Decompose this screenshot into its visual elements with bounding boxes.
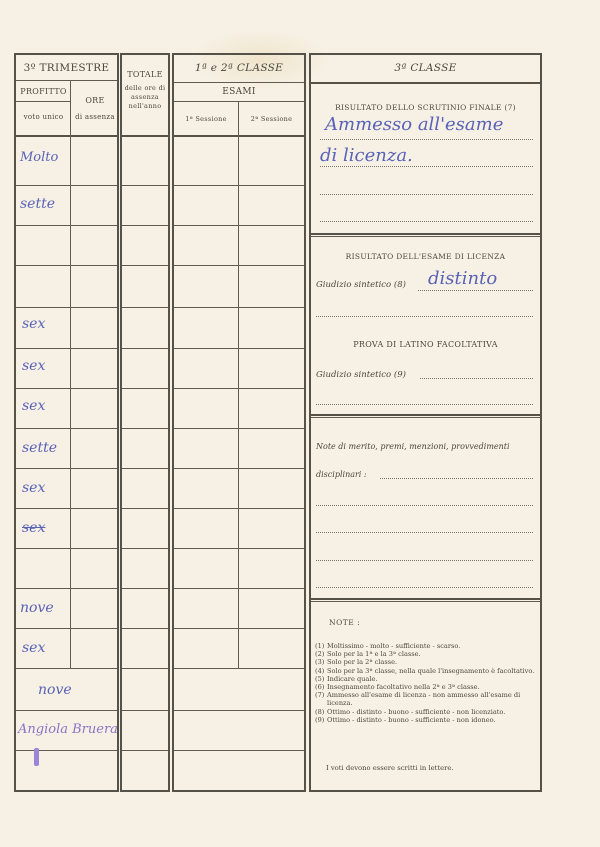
totale-subheader: delle ore di assenza nell'anno xyxy=(124,84,166,111)
divider xyxy=(311,417,540,418)
footnote-item: (6)Insegnamento facoltativo nella 2ª e 3… xyxy=(315,683,535,691)
row-divider xyxy=(16,710,117,711)
grade-row-5: sex xyxy=(22,316,45,332)
fill-line xyxy=(316,316,533,317)
row-divider xyxy=(122,468,168,469)
fill-line xyxy=(316,587,533,588)
esame-licenza-title: RISULTATO DELL'ESAME DI LICENZA xyxy=(309,252,542,261)
row-divider xyxy=(16,628,117,629)
giudizio-label: Giudizio sintetico (8) xyxy=(316,280,406,290)
row-divider xyxy=(174,750,304,751)
grade-row-13: sex xyxy=(22,640,45,656)
row-divider xyxy=(174,710,304,711)
fill-line xyxy=(320,194,533,195)
sessione2-header: 2ª Sessione xyxy=(239,115,304,123)
fill-line xyxy=(316,560,533,561)
scrutinio-value-line1: Ammesso all'esame xyxy=(325,114,503,135)
footnote-item: (5)Indicare quale. xyxy=(315,675,535,683)
row-divider xyxy=(174,508,304,509)
fill-line xyxy=(320,221,533,222)
divider xyxy=(238,101,239,668)
row-divider xyxy=(122,628,168,629)
row-divider xyxy=(122,348,168,349)
row-divider xyxy=(122,588,168,589)
row-divider xyxy=(174,348,304,349)
grade-row-7: sex xyxy=(22,398,45,414)
sessione1-header: 1ª Sessione xyxy=(174,115,238,123)
fill-line xyxy=(316,532,533,533)
scrutinio-title: RISULTATO DELLO SCRUTINIO FINALE (7) xyxy=(309,103,542,112)
row-divider xyxy=(174,668,304,669)
trimestre-header: 3º TRIMESTRE xyxy=(14,62,119,74)
divider xyxy=(311,601,540,602)
row-divider xyxy=(16,265,117,266)
grade-row-10: sex xyxy=(22,520,45,536)
divider xyxy=(174,135,304,137)
fill-line xyxy=(316,505,533,506)
row-divider xyxy=(174,185,304,186)
divider xyxy=(311,414,540,416)
esami-header: ESAMI xyxy=(172,87,306,97)
row-divider xyxy=(122,185,168,186)
row-divider xyxy=(174,388,304,389)
row-divider xyxy=(16,307,117,308)
grade-row-1: Molto xyxy=(20,150,58,165)
row-divider xyxy=(174,225,304,226)
row-divider xyxy=(122,548,168,549)
scrutinio-value-line2: di licenza. xyxy=(320,145,413,166)
note-merito-line1: Note di merito, premi, menzioni, provved… xyxy=(316,442,510,451)
fill-line xyxy=(316,404,533,405)
row-divider xyxy=(122,750,168,751)
classe12-header: 1ª e 2ª CLASSE xyxy=(172,62,306,74)
row-divider xyxy=(174,307,304,308)
divider xyxy=(16,135,117,137)
notes-title: NOTE : xyxy=(329,618,360,627)
voto-unico-header: voto unico xyxy=(16,113,71,121)
row-divider xyxy=(122,508,168,509)
grade-row-12: nove xyxy=(20,600,54,616)
footnotes-list: (1)Moltissimo - molto - sufficiente - sc… xyxy=(315,642,535,724)
fill-line xyxy=(320,166,533,167)
divider xyxy=(311,598,540,600)
totale-header: TOTALE xyxy=(120,70,170,79)
row-divider xyxy=(174,265,304,266)
divider xyxy=(174,101,304,102)
fill-line xyxy=(320,139,533,140)
grade-row-2: sette xyxy=(20,196,55,212)
row-divider xyxy=(174,588,304,589)
footnote-item: (3)Solo per la 2ª classe. xyxy=(315,658,535,666)
row-divider xyxy=(174,428,304,429)
totale-table xyxy=(120,53,170,792)
note-merito-line2: disciplinari : xyxy=(316,470,367,479)
divider xyxy=(311,233,540,235)
fill-line xyxy=(380,478,533,479)
row-divider xyxy=(16,548,117,549)
fill-line xyxy=(420,378,533,379)
ore-header: ORE xyxy=(71,96,119,105)
row-divider xyxy=(174,548,304,549)
divider xyxy=(174,82,304,83)
grade-row-14: nove xyxy=(38,682,72,698)
footnote-item: (2)Solo per la 1ª e la 3ª classe. xyxy=(315,650,535,658)
grade-row-6: sex xyxy=(22,358,45,374)
giudizio-value: distinto xyxy=(428,268,497,289)
row-divider xyxy=(16,468,117,469)
divider xyxy=(122,135,168,137)
signature: Angiola Bruera xyxy=(18,722,118,737)
divider xyxy=(311,82,540,84)
classe3-header: 3ª CLASSE xyxy=(309,62,542,74)
row-divider xyxy=(122,710,168,711)
divider xyxy=(311,236,540,237)
di-assenza-header: di assenza xyxy=(71,113,119,121)
footnote-item: (8)Ottimo - distinto - buono - sufficien… xyxy=(315,708,535,716)
row-divider xyxy=(16,348,117,349)
row-divider xyxy=(174,468,304,469)
divider xyxy=(16,101,71,102)
ink-mark xyxy=(34,748,39,766)
footnote-item: (7)Ammesso all'esame di licenza - non am… xyxy=(315,691,535,707)
footnote-item: (9)Ottimo - distinto - buono - sufficien… xyxy=(315,716,535,724)
latino-title: PROVA DI LATINO FACOLTATIVA xyxy=(309,340,542,349)
row-divider xyxy=(16,225,117,226)
grade-row-9: sex xyxy=(22,480,45,496)
divider xyxy=(70,80,71,668)
classe12-table xyxy=(172,53,306,792)
row-divider xyxy=(16,388,117,389)
grade-row-8: sette xyxy=(22,440,57,456)
row-divider xyxy=(16,668,117,669)
divider xyxy=(16,80,117,81)
notes-footer: I voti devono essere scritti in lettere. xyxy=(326,764,454,772)
latino-giudizio-label: Giudizio sintetico (9) xyxy=(316,370,406,380)
row-divider xyxy=(16,588,117,589)
row-divider xyxy=(16,428,117,429)
fill-line xyxy=(418,290,533,291)
row-divider xyxy=(16,185,117,186)
profitto-header: PROFITTO xyxy=(16,87,71,96)
row-divider xyxy=(122,307,168,308)
row-divider xyxy=(16,750,117,751)
row-divider xyxy=(122,225,168,226)
row-divider xyxy=(122,265,168,266)
row-divider xyxy=(122,388,168,389)
row-divider xyxy=(16,508,117,509)
footnote-item: (4)Solo per la 3ª classe, nella quale l'… xyxy=(315,667,535,675)
row-divider xyxy=(174,628,304,629)
footnote-item: (1)Moltissimo - molto - sufficiente - sc… xyxy=(315,642,535,650)
row-divider xyxy=(122,428,168,429)
row-divider xyxy=(122,668,168,669)
